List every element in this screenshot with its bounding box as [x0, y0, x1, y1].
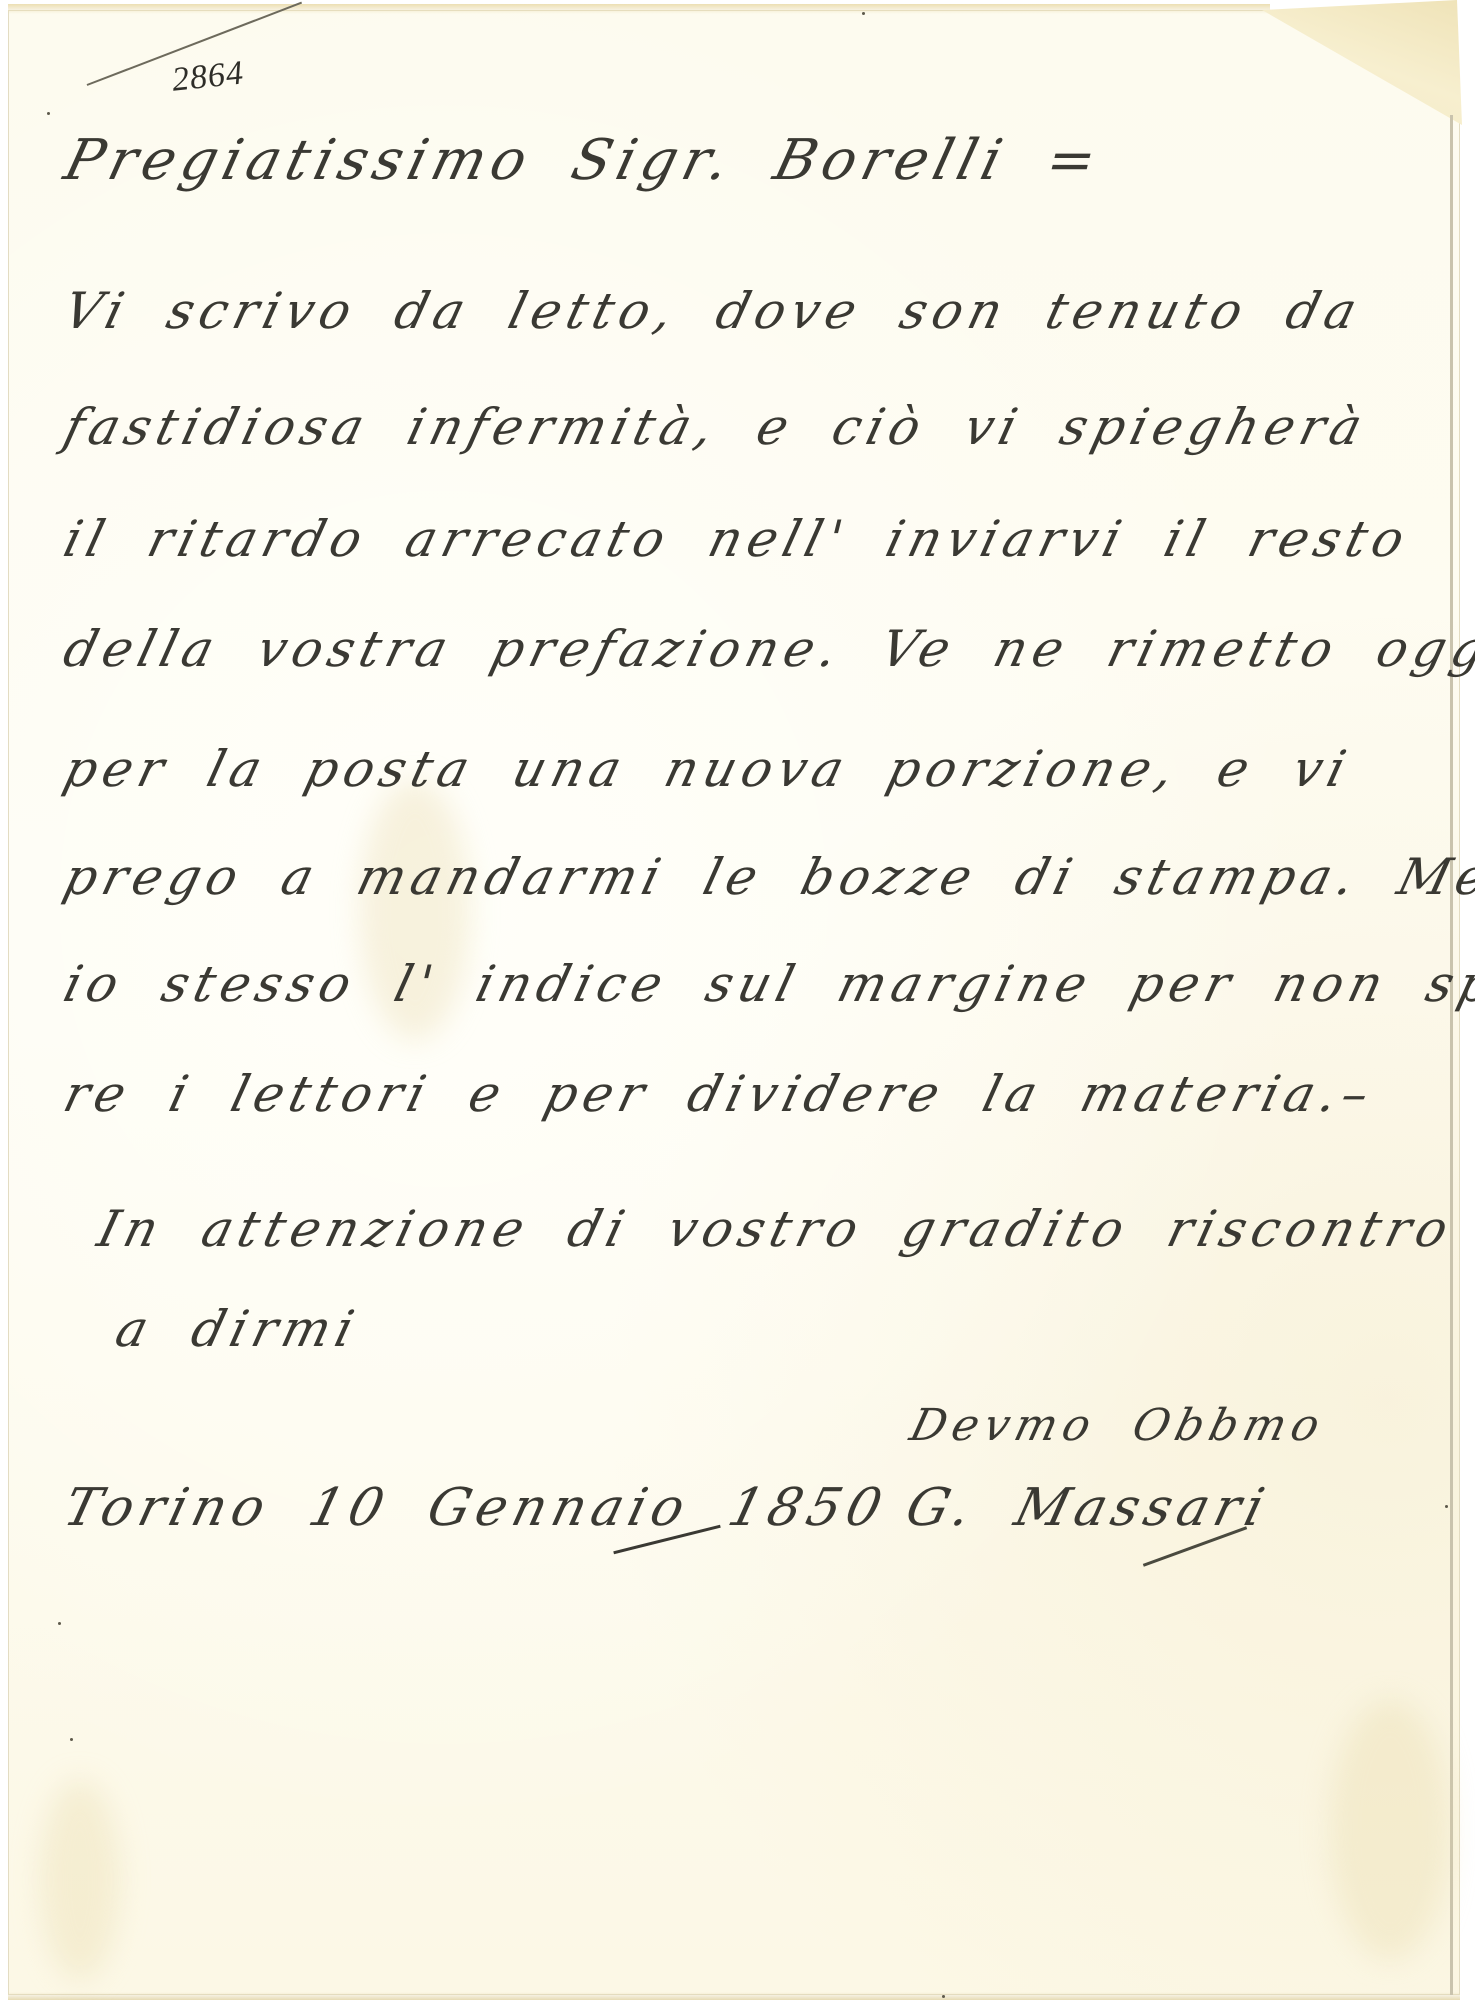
place-date: Torino 10 Gennaio 1850: [58, 1478, 894, 1538]
paper-stain: [1330, 1700, 1450, 1960]
ink-speck: [1445, 1505, 1448, 1508]
body-line-1: Vi scrivo da letto, dove son tenuto da: [58, 282, 1368, 340]
closing-formula: Devmo Obbmo: [905, 1400, 1331, 1451]
body-line-10: a dirmi: [110, 1300, 365, 1358]
body-line-5: per la posta una nuova porzione, e vi: [58, 740, 1357, 798]
signature: G. Massari: [900, 1478, 1276, 1538]
body-line-4: della vostra prefazione. Ve ne rimetto o…: [58, 620, 1475, 678]
paper-bottom-edge: [8, 1992, 1460, 2000]
paper-top-edge: [8, 4, 1270, 14]
paper-right-edge: [1450, 115, 1453, 1995]
salutation: Pregiatissimo Sigr. Borelli =: [58, 128, 1109, 193]
ink-speck: [942, 1995, 945, 1998]
ink-speck: [862, 12, 865, 15]
ink-speck: [47, 112, 50, 115]
body-line-6: prego a mandarmi le bozze di stampa. Met…: [58, 848, 1475, 906]
body-line-7: io stesso l' indice sul margine per non …: [58, 955, 1475, 1013]
body-line-8: re i lettori e per dividere la materia.–: [58, 1065, 1381, 1123]
body-line-3: il ritardo arrecato nell' inviarvi il re…: [58, 510, 1416, 568]
ink-speck: [58, 1622, 61, 1625]
body-line-9: In attenzione di vostro gradito riscontr…: [92, 1200, 1475, 1258]
body-line-2: fastidiosa infermità, e ciò vi spiegherà: [58, 398, 1374, 456]
archive-number: 2864: [170, 54, 246, 99]
paper-stain: [40, 1780, 120, 1980]
ink-speck: [70, 1738, 73, 1741]
